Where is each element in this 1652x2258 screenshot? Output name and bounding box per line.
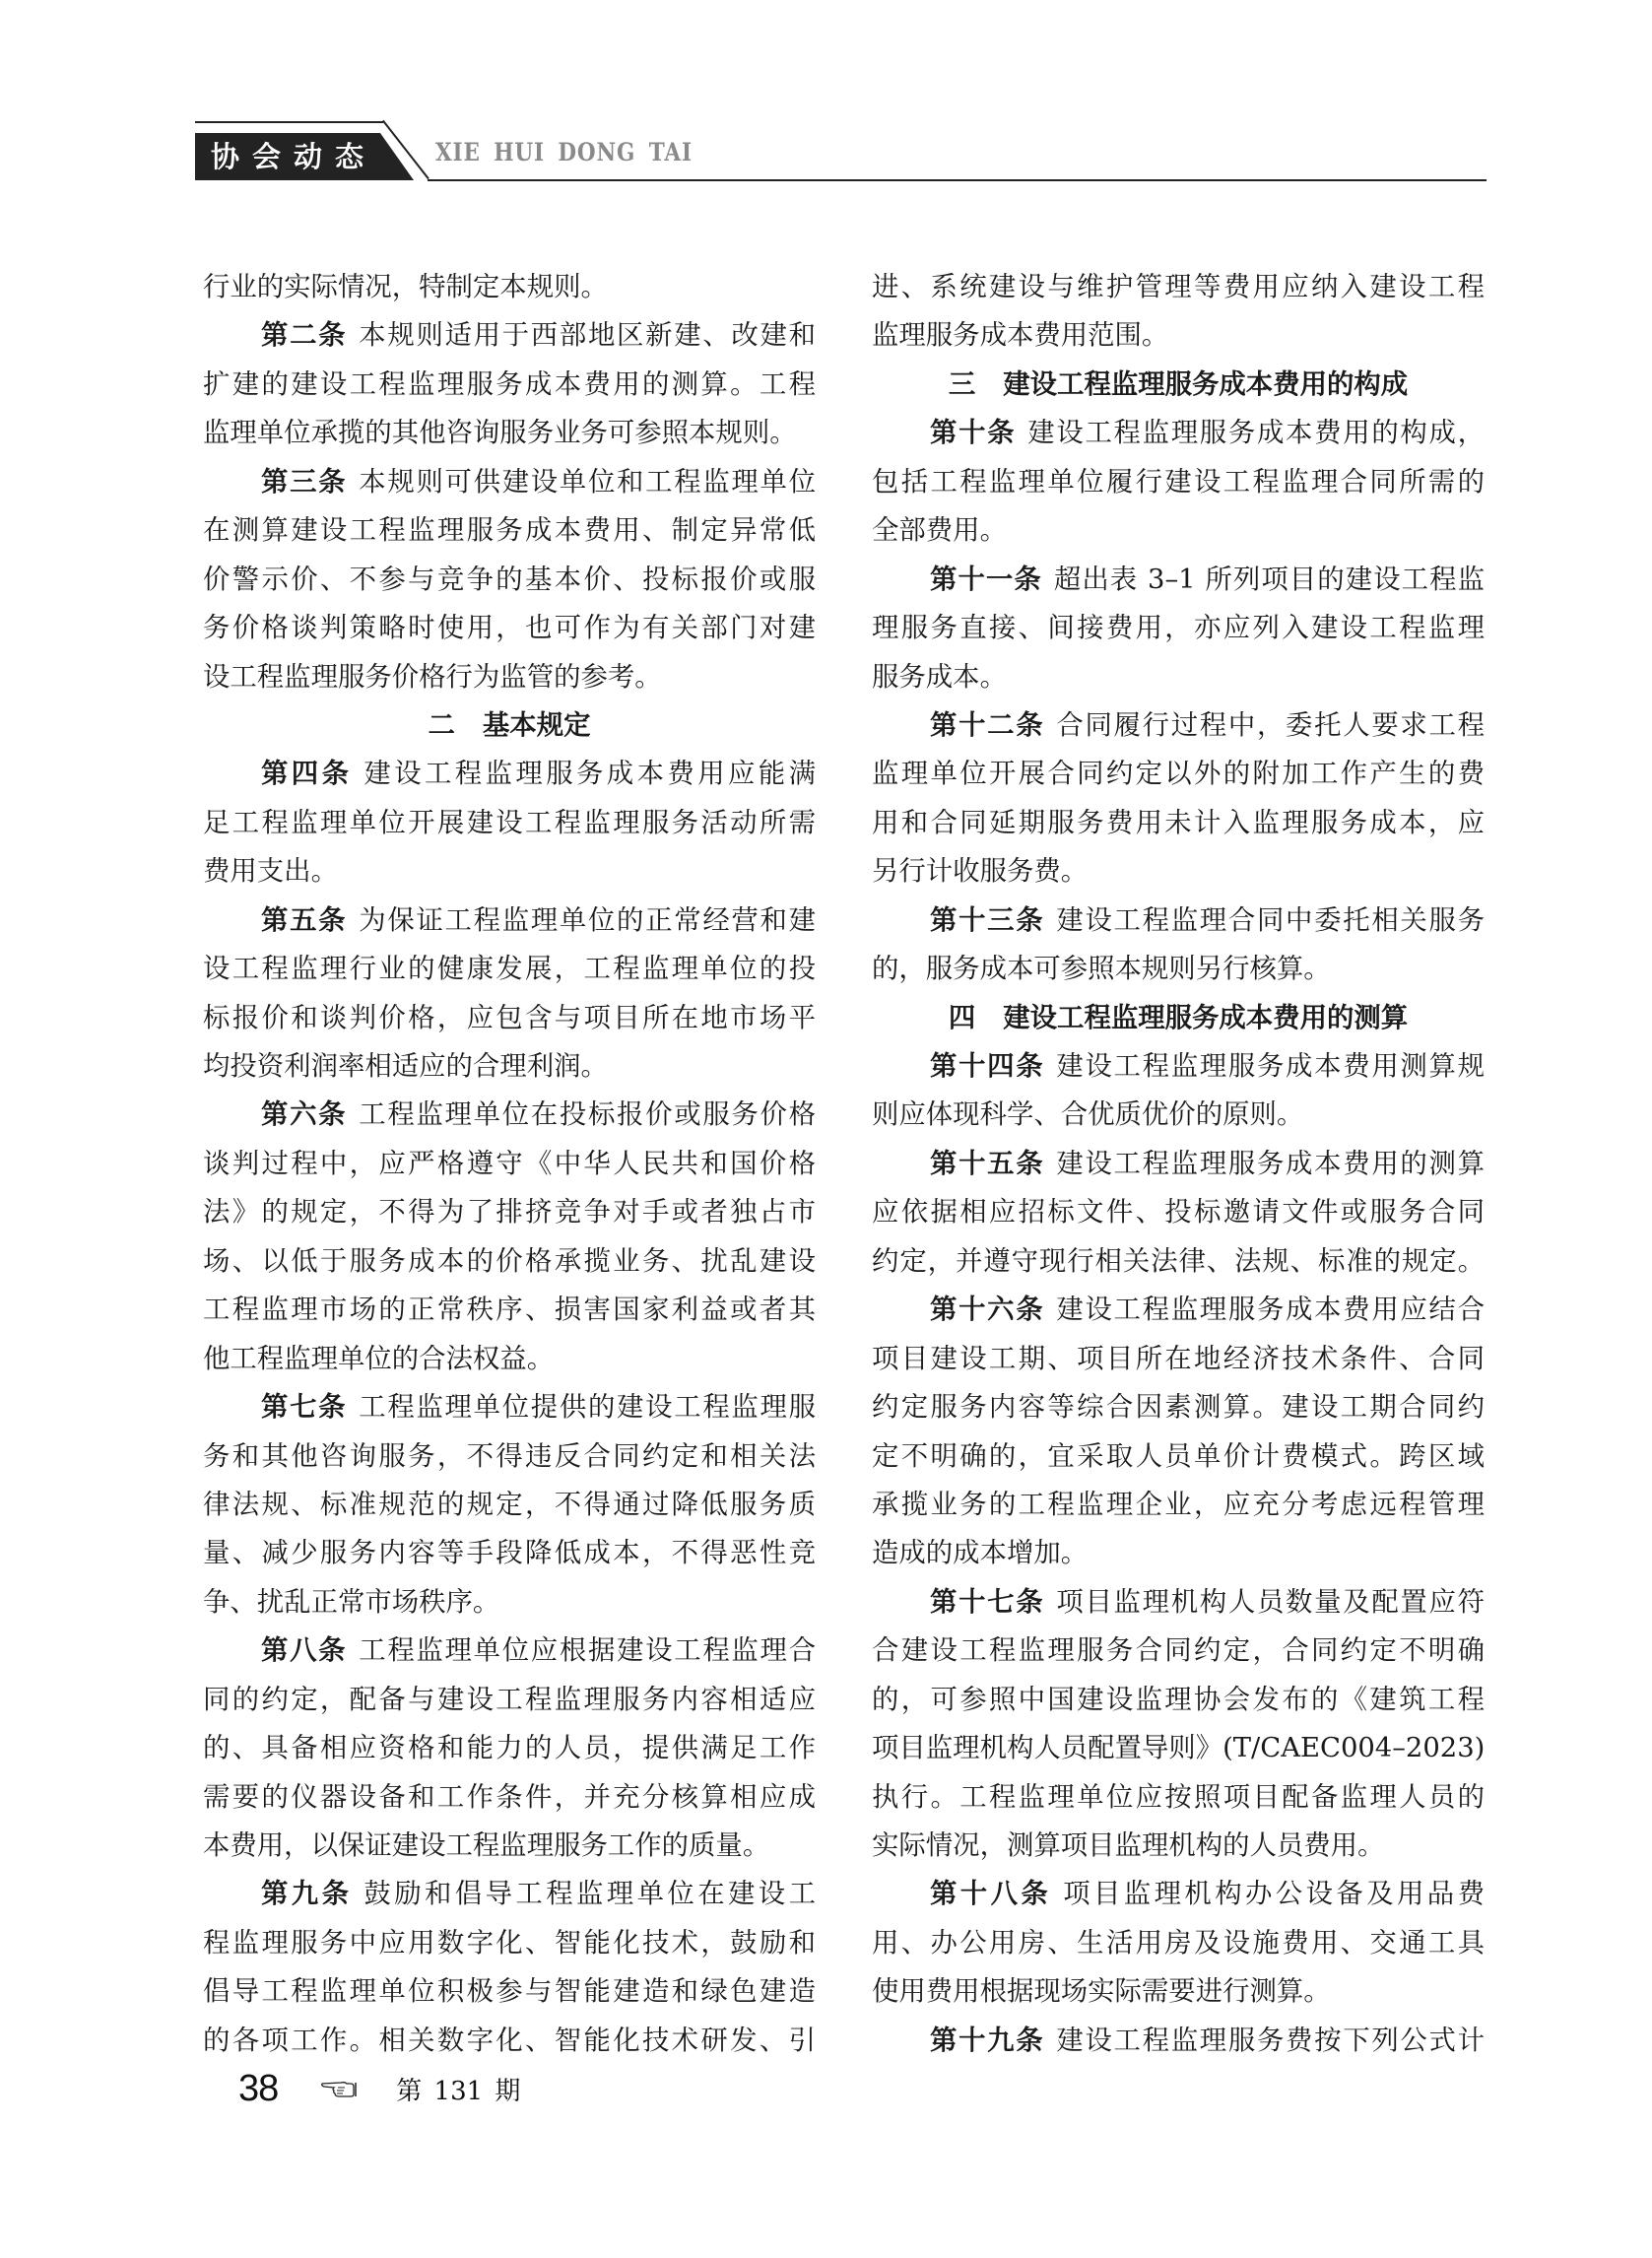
article-label: 第十四条 bbox=[930, 1051, 1044, 1082]
text-line: 项目建设工期、项目所在地经济技术条件、合同 bbox=[872, 1341, 1485, 1389]
article-label: 第三条 bbox=[261, 467, 347, 498]
article-paragraph-start: 第十一条超出表 3–1 所列项目的建设工程监 bbox=[872, 562, 1485, 610]
section-title-cn: 协会动态 bbox=[211, 136, 376, 177]
article-text: 建设工程监理合同中委托相关服务 bbox=[1056, 905, 1485, 936]
text-line: 用、办公用房、生活用房及设施费用、交通工具 bbox=[872, 1925, 1485, 1973]
page-footer: 38 第 131 期 bbox=[238, 2069, 520, 2108]
text-line: 费用支出。 bbox=[203, 853, 816, 901]
text-line: 项目监理机构人员配置导则》(T/CAEC004–2023) bbox=[872, 1730, 1485, 1778]
text-line: 争、扰乱正常市场秩序。 bbox=[203, 1584, 816, 1632]
article-paragraph-start: 第四条建设工程监理服务成本费用应能满 bbox=[203, 756, 816, 804]
article-text: 本规则适用于西部地区新建、改建和 bbox=[359, 320, 816, 351]
text-line: 承揽业务的工程监理企业，应充分考虑远程管理 bbox=[872, 1487, 1485, 1535]
text-line: 的各项工作。相关数字化、智能化技术研发、引 bbox=[203, 2023, 816, 2071]
article-paragraph-start: 第八条工程监理单位应根据建设工程监理合 bbox=[203, 1632, 816, 1681]
header-top-rule bbox=[195, 121, 383, 123]
article-text: 工程监理单位提供的建设工程监理服 bbox=[359, 1392, 816, 1423]
section-heading-number: 二 bbox=[429, 710, 455, 741]
article-label: 第七条 bbox=[261, 1392, 347, 1423]
section-heading-text: 基本规定 bbox=[483, 710, 591, 741]
text-line: 包括工程监理单位履行建设工程监理合同所需的 bbox=[872, 464, 1485, 512]
text-line: 另行计收服务费。 bbox=[872, 853, 1485, 901]
article-label: 第五条 bbox=[261, 905, 347, 936]
text-line: 的、具备相应资格和能力的人员，提供满足工作 bbox=[203, 1730, 816, 1778]
text-line: 监理单位开展合同约定以外的附加工作产生的费 bbox=[872, 756, 1485, 804]
text-line: 用和合同延期服务费用未计入监理服务成本，应 bbox=[872, 805, 1485, 853]
article-label: 第四条 bbox=[261, 759, 352, 789]
text-line: 约定，并遵守现行相关法律、法规、标准的规定。 bbox=[872, 1243, 1485, 1292]
article-paragraph-start: 第十四条建设工程监理服务成本费用测算规 bbox=[872, 1048, 1485, 1096]
text-line: 同的约定，配备与建设工程监理服务内容相适应 bbox=[203, 1682, 816, 1730]
article-label: 第八条 bbox=[261, 1635, 347, 1666]
text-line: 扩建的建设工程监理服务成本费用的测算。工程 bbox=[203, 366, 816, 415]
text-line: 造成的成本增加。 bbox=[872, 1535, 1485, 1583]
article-label: 第六条 bbox=[261, 1099, 347, 1130]
text-line: 全部费用。 bbox=[872, 512, 1485, 561]
article-text: 合同履行过程中，委托人要求工程 bbox=[1056, 710, 1485, 741]
article-text: 建设工程监理服务成本费用应结合 bbox=[1056, 1295, 1485, 1325]
text-line: 务价格谈判策略时使用，也可作为有关部门对建 bbox=[203, 610, 816, 658]
header-bottom-rule bbox=[428, 179, 1487, 181]
text-line: 约定服务内容等综合因素测算。建设工期合同约 bbox=[872, 1389, 1485, 1437]
text-line: 谈判过程中，应严格遵守《中华人民共和国价格 bbox=[203, 1146, 816, 1194]
text-line: 他工程监理单位的合法权益。 bbox=[203, 1341, 816, 1389]
text-line: 执行。工程监理单位应按照项目配备监理人员的 bbox=[872, 1779, 1485, 1827]
text-line: 法》的规定，不得为了排挤竞争对手或者独占市 bbox=[203, 1194, 816, 1242]
issue-number: 第 131 期 bbox=[396, 2071, 520, 2107]
article-paragraph-start: 第二条本规则适用于西部地区新建、改建和 bbox=[203, 317, 816, 365]
article-paragraph-start: 第十九条建设工程监理服务费按下列公式计 bbox=[872, 2023, 1485, 2071]
article-paragraph-start: 第十条建设工程监理服务成本费用的构成， bbox=[872, 415, 1485, 463]
article-text: 超出表 3–1 所列项目的建设工程监 bbox=[1054, 564, 1485, 595]
article-text: 建设工程监理服务成本费用的构成， bbox=[1027, 418, 1485, 448]
left-text-column: 行业的实际情况，特制定本规则。第二条本规则适用于西部地区新建、改建和扩建的建设工… bbox=[203, 269, 816, 2071]
article-paragraph-start: 第十五条建设工程监理服务成本费用的测算 bbox=[872, 1146, 1485, 1194]
text-line: 定不明确的，宜采取人员单价计费模式。跨区域 bbox=[872, 1438, 1485, 1487]
text-line: 价警示价、不参与竞争的基本价、投标报价或服 bbox=[203, 562, 816, 610]
text-line: 务和其他咨询服务，不得违反合同约定和相关法 bbox=[203, 1438, 816, 1487]
text-line: 监理服务成本费用范围。 bbox=[872, 317, 1485, 365]
article-text: 工程监理单位在投标报价或服务价格 bbox=[359, 1099, 816, 1130]
article-paragraph-start: 第十三条建设工程监理合同中委托相关服务 bbox=[872, 902, 1485, 951]
text-line: 场、以低于服务成本的价格承揽业务、扰乱建设 bbox=[203, 1243, 816, 1292]
article-label: 第十六条 bbox=[930, 1295, 1044, 1325]
article-text: 鼓励和倡导工程监理单位在建设工 bbox=[363, 1879, 816, 1909]
article-label: 第十七条 bbox=[930, 1587, 1044, 1618]
text-line: 进、系统建设与维护管理等费用应纳入建设工程 bbox=[872, 269, 1485, 317]
text-line: 应依据相应招标文件、投标邀请文件或服务合同 bbox=[872, 1194, 1485, 1242]
text-line: 实际情况，测算项目监理机构的人员费用。 bbox=[872, 1827, 1485, 1876]
article-label: 第十二条 bbox=[930, 710, 1044, 741]
article-text: 项目监理机构办公设备及用品费 bbox=[1063, 1879, 1485, 1909]
article-text: 项目监理机构人员数量及配置应符 bbox=[1056, 1587, 1485, 1618]
article-text: 工程监理单位应根据建设工程监理合 bbox=[359, 1635, 816, 1666]
text-line: 在测算建设工程监理服务成本费用、制定异常低 bbox=[203, 512, 816, 561]
article-label: 第十三条 bbox=[930, 905, 1044, 936]
article-paragraph-start: 第三条本规则可供建设单位和工程监理单位 bbox=[203, 464, 816, 512]
text-line: 设工程监理服务价格行为监管的参考。 bbox=[203, 659, 816, 707]
right-text-column: 进、系统建设与维护管理等费用应纳入建设工程监理服务成本费用范围。三建设工程监理服… bbox=[872, 269, 1485, 2071]
article-paragraph-start: 第九条鼓励和倡导工程监理单位在建设工 bbox=[203, 1876, 816, 1924]
text-line: 本费用，以保证建设工程监理服务工作的质量。 bbox=[203, 1827, 816, 1876]
article-label: 第九条 bbox=[261, 1879, 352, 1909]
article-text: 为保证工程监理单位的正常经营和建 bbox=[359, 905, 816, 936]
article-text: 本规则可供建设单位和工程监理单位 bbox=[359, 467, 816, 498]
article-label: 第二条 bbox=[261, 320, 347, 351]
text-line: 程监理服务中应用数字化、智能化技术，鼓励和 bbox=[203, 1925, 816, 1973]
text-line: 理服务直接、间接费用，亦应列入建设工程监理 bbox=[872, 610, 1485, 658]
text-line: 工程监理市场的正常秩序、损害国家利益或者其 bbox=[203, 1292, 816, 1340]
article-paragraph-start: 第六条工程监理单位在投标报价或服务价格 bbox=[203, 1096, 816, 1145]
text-line: 监理单位承揽的其他咨询服务业务可参照本规则。 bbox=[203, 415, 816, 463]
text-line: 足工程监理单位开展建设工程监理服务活动所需 bbox=[203, 805, 816, 853]
article-text: 建设工程监理服务成本费用的测算 bbox=[1056, 1149, 1485, 1179]
text-line: 的，服务成本可参照本规则另行核算。 bbox=[872, 951, 1485, 999]
section-heading-text: 建设工程监理服务成本费用的测算 bbox=[1003, 1003, 1408, 1033]
text-line: 设工程监理行业的健康发展，工程监理单位的投 bbox=[203, 951, 816, 999]
section-title-en: XIE HUI DONG TAI bbox=[435, 138, 693, 166]
article-paragraph-start: 第十八条项目监理机构办公设备及用品费 bbox=[872, 1876, 1485, 1924]
article-label: 第十九条 bbox=[930, 2026, 1044, 2056]
article-paragraph-start: 第七条工程监理单位提供的建设工程监理服 bbox=[203, 1389, 816, 1437]
article-text: 建设工程监理服务成本费用测算规 bbox=[1056, 1051, 1485, 1082]
page-number: 38 bbox=[238, 2068, 278, 2110]
article-paragraph-start: 第十二条合同履行过程中，委托人要求工程 bbox=[872, 707, 1485, 756]
section-heading: 三建设工程监理服务成本费用的构成 bbox=[872, 366, 1485, 415]
text-line: 服务成本。 bbox=[872, 659, 1485, 707]
article-paragraph-start: 第五条为保证工程监理单位的正常经营和建 bbox=[203, 902, 816, 951]
article-label: 第十五条 bbox=[930, 1149, 1044, 1179]
text-line: 则应体现科学、合优质优价的原则。 bbox=[872, 1096, 1485, 1145]
article-label: 第十一条 bbox=[930, 564, 1042, 595]
article-label: 第十条 bbox=[930, 418, 1016, 448]
text-line: 使用费用根据现场实际需要进行测算。 bbox=[872, 1973, 1485, 2022]
text-line: 的，可参照中国建设监理协会发布的《建筑工程 bbox=[872, 1682, 1485, 1730]
text-line: 行业的实际情况，特制定本规则。 bbox=[203, 269, 816, 317]
article-paragraph-start: 第十七条项目监理机构人员数量及配置应符 bbox=[872, 1584, 1485, 1632]
section-heading: 二基本规定 bbox=[203, 707, 816, 756]
text-line: 标报价和谈判价格，应包含与项目所在地市场平 bbox=[203, 1000, 816, 1048]
article-paragraph-start: 第十六条建设工程监理服务成本费用应结合 bbox=[872, 1292, 1485, 1340]
text-line: 均投资利润率相适应的合理利润。 bbox=[203, 1048, 816, 1096]
text-line: 量、减少服务内容等手段降低成本，不得恶性竞 bbox=[203, 1535, 816, 1583]
article-label: 第十八条 bbox=[930, 1879, 1051, 1909]
section-heading-number: 三 bbox=[949, 369, 975, 400]
section-heading-number: 四 bbox=[949, 1003, 975, 1033]
article-text: 建设工程监理服务成本费用应能满 bbox=[363, 759, 816, 789]
section-heading: 四建设工程监理服务成本费用的测算 bbox=[872, 1000, 1485, 1048]
text-line: 倡导工程监理单位积极参与智能建造和绿色建造 bbox=[203, 1973, 816, 2022]
text-line: 需要的仪器设备和工作条件，并充分核算相应成 bbox=[203, 1779, 816, 1827]
pointing-hand-icon bbox=[321, 2079, 363, 2098]
text-line: 合建设工程监理服务合同约定，合同约定不明确 bbox=[872, 1632, 1485, 1681]
section-heading-text: 建设工程监理服务成本费用的构成 bbox=[1003, 369, 1408, 400]
article-text: 建设工程监理服务费按下列公式计 bbox=[1056, 2026, 1485, 2056]
text-line: 律法规、标准规范的规定，不得通过降低服务质 bbox=[203, 1487, 816, 1535]
